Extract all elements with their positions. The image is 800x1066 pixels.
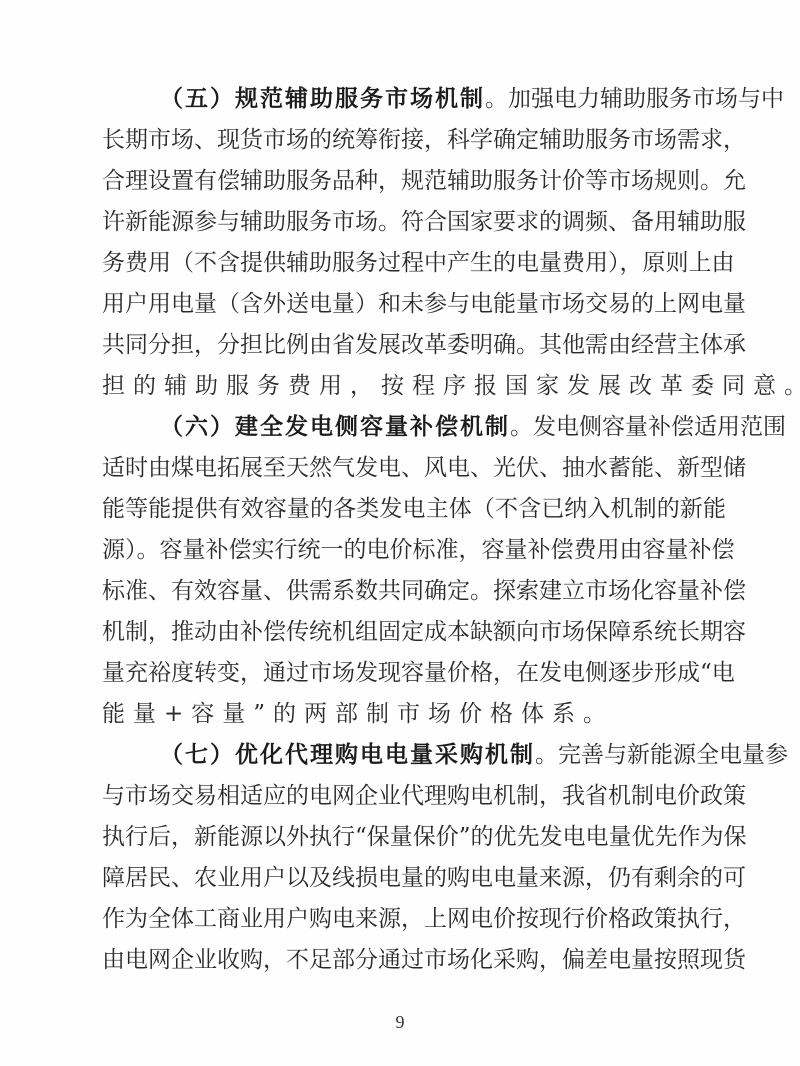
paragraph-line: 合理设置有偿辅助服务品种，规范辅助服务计价等市场规则。允 <box>102 164 726 205</box>
paragraph-line: 能量+容量”的两部制市场价格体系。 <box>102 697 726 738</box>
paragraph-line: 担的辅助服务费用，按程序报国家发展改革委同意。 <box>102 369 726 410</box>
paragraph-line: 许新能源参与辅助服务市场。符合国家要求的调频、备用辅助服 <box>102 205 726 246</box>
paragraph-line: 能等能提供有效容量的各类发电主体（不含已纳入机制的新能 <box>102 492 726 533</box>
paragraph-line: 作为全体工商业用户购电来源，上网电价按现行价格政策执行， <box>102 902 726 943</box>
paragraph-line: 标准、有效容量、供需系数共同确定。探索建立市场化容量补偿 <box>102 574 726 615</box>
paragraph-line: 执行后，新能源以外执行“保量保价”的优先发电电量优先作为保 <box>102 820 726 861</box>
document-page: （五）规范辅助服务市场机制。加强电力辅助服务市场与中 长期市场、现货市场的统筹衔… <box>0 0 800 1066</box>
paragraph-line: 适时由煤电拓展至天然气发电、风电、光伏、抽水蓄能、新型储 <box>102 451 726 492</box>
paragraph-line: 机制，推动由补偿传统机组固定成本缺额向市场保障系统长期容 <box>102 615 726 656</box>
paragraph-line: 源）。容量补偿实行统一的电价标准，容量补偿费用由容量补偿 <box>102 533 726 574</box>
paragraph-text: 。完善与新能源全电量参 <box>535 742 788 768</box>
paragraph-line: 障居民、农业用户以及线损电量的购电电量来源，仍有剩余的可 <box>102 861 726 902</box>
paragraph-line: 用户用电量（含外送电量）和未参与电能量市场交易的上网电量 <box>102 287 726 328</box>
section-5-first-line: （五）规范辅助服务市场机制。加强电力辅助服务市场与中 <box>102 82 726 123</box>
paragraph-line: 共同分担，分担比例由省发展改革委明确。其他需由经营主体承 <box>102 328 726 369</box>
paragraph-line: 由电网企业收购，不足部分通过市场化采购，偏差电量按照现货 <box>102 943 726 984</box>
page-number: 9 <box>0 1012 800 1033</box>
section-7-first-line: （七）优化代理购电电量采购机制。完善与新能源全电量参 <box>102 738 726 779</box>
paragraph-line: 量充裕度转变，通过市场发现容量价格，在发电侧逐步形成“电 <box>102 656 726 697</box>
section-6-heading: （六）建全发电侧容量补偿机制 <box>160 413 510 440</box>
paragraph-line: 长期市场、现货市场的统筹衔接，科学确定辅助服务市场需求， <box>102 123 726 164</box>
paragraph-line: 与市场交易相适应的电网企业代理购电机制，我省机制电价政策 <box>102 779 726 820</box>
section-6-first-line: （六）建全发电侧容量补偿机制。发电侧容量补偿适用范围 <box>102 410 726 451</box>
section-7-heading: （七）优化代理购电电量采购机制 <box>160 741 535 768</box>
paragraph-line: 务费用（不含提供辅助服务过程中产生的电量费用），原则上由 <box>102 246 726 287</box>
paragraph-text: 。发电侧容量补偿适用范围 <box>510 414 786 440</box>
paragraph-text: 。加强电力辅助服务市场与中 <box>485 86 784 112</box>
document-body: （五）规范辅助服务市场机制。加强电力辅助服务市场与中 长期市场、现货市场的统筹衔… <box>102 82 726 984</box>
section-5-heading: （五）规范辅助服务市场机制 <box>160 85 485 112</box>
